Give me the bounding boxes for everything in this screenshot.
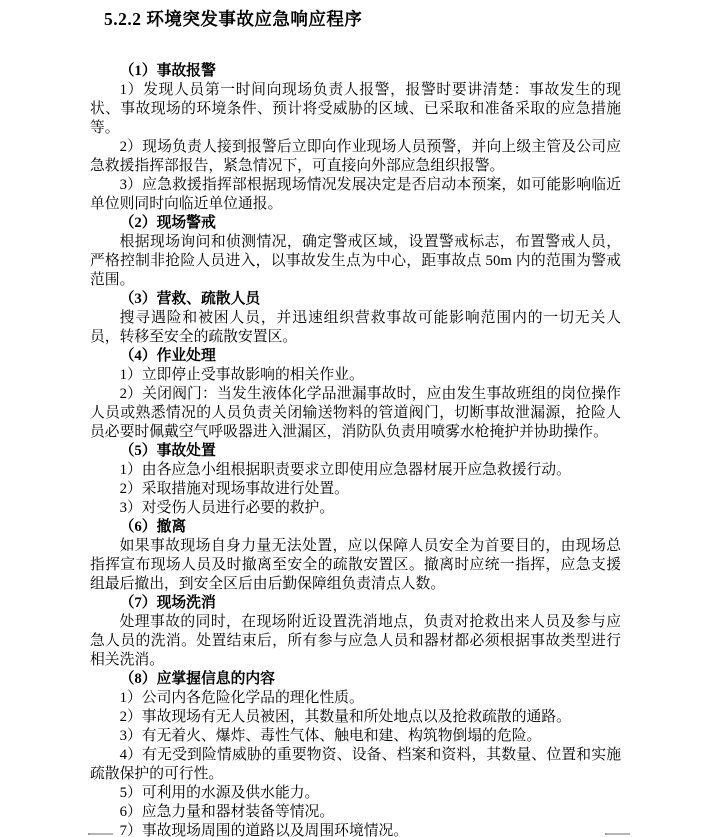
section-heading: （3）营救、疏散人员 [90, 290, 621, 309]
paragraph: 2）事故现场有无人员被困，其数量和所处地点以及抢救疏散的通路。 [90, 708, 621, 727]
paragraph: 6）应急力量和器材装备等情况。 [90, 803, 621, 822]
paragraph: 3）对受伤人员进行必要的救护。 [90, 499, 621, 518]
section-heading: （6）撤离 [90, 518, 621, 537]
section-heading: （5）事故处置 [90, 442, 621, 461]
paragraph: 3）有无着火、爆炸、毒性气体、触电和建、构筑物倒塌的危险。 [90, 727, 621, 746]
paragraph: 1）公司内各危险化学品的理化性质。 [90, 689, 621, 708]
paragraph: 2）现场负责人接到报警后立即向作业现场人员预警，并向上级主管及公司应急救援指挥部… [90, 138, 621, 176]
section-heading: （7）现场洗消 [90, 594, 621, 613]
text-boundary-mark-right [605, 833, 630, 835]
paragraph: 2）关闭阀门：当发生液体化学品泄漏事故时，应由发生事故班组的岗位操作人员或熟悉情… [90, 385, 621, 442]
paragraph: 5）可利用的水源及供水能力。 [90, 784, 621, 803]
text-boundary-mark-left [88, 833, 113, 835]
document-body: （1）事故报警1）发现人员第一时间向现场负责人报警，报警时要讲清楚：事故发生的现… [90, 62, 621, 837]
paragraph: 搜寻遇险和被困人员，并迅速组织营救事故可能影响范围内的一切无关人员，转移至安全的… [90, 309, 621, 347]
document-content: 5.2.2 环境突发事故应急响应程序 （1）事故报警1）发现人员第一时间向现场负… [90, 6, 621, 837]
paragraph: 处理事故的同时，在现场附近设置洗消地点，负责对抢救出来人员及参与应急人员的洗消。… [90, 613, 621, 670]
document-page: 5.2.2 环境突发事故应急响应程序 （1）事故报警1）发现人员第一时间向现场负… [0, 0, 713, 837]
section-heading: （2）现场警戒 [90, 214, 621, 233]
paragraph: 4）有无受到险情威胁的重要物资、设备、档案和资料，其数量、位置和实施疏散保护的可… [90, 746, 621, 784]
paragraph: 1）立即停止受事故影响的相关作业。 [90, 366, 621, 385]
section-heading: （1）事故报警 [90, 62, 621, 81]
paragraph: 1）发现人员第一时间向现场负责人报警，报警时要讲清楚：事故发生的现状、事故现场的… [90, 81, 621, 138]
section-heading: （8）应掌握信息的内容 [90, 670, 621, 689]
paragraph: 根据现场询问和侦测情况，确定警戒区域，设置警戒标志，布置警戒人员，严格控制非抢险… [90, 233, 621, 290]
document-title: 5.2.2 环境突发事故应急响应程序 [104, 6, 621, 32]
paragraph: 3）应急救援指挥部根据现场情况发展决定是否启动本预案，如可能影响临近单位则同时向… [90, 176, 621, 214]
paragraph: 如果事故现场自身力量无法处置，应以保障人员安全为首要目的，由现场总指挥宣布现场人… [90, 537, 621, 594]
section-heading: （4）作业处理 [90, 347, 621, 366]
paragraph: 7）事故现场周围的道路以及周围环境情况。 [90, 822, 621, 837]
paragraph: 2）采取措施对现场事故进行处置。 [90, 480, 621, 499]
paragraph: 1）由各应急小组根据职责要求立即使用应急器材展开应急救援行动。 [90, 461, 621, 480]
